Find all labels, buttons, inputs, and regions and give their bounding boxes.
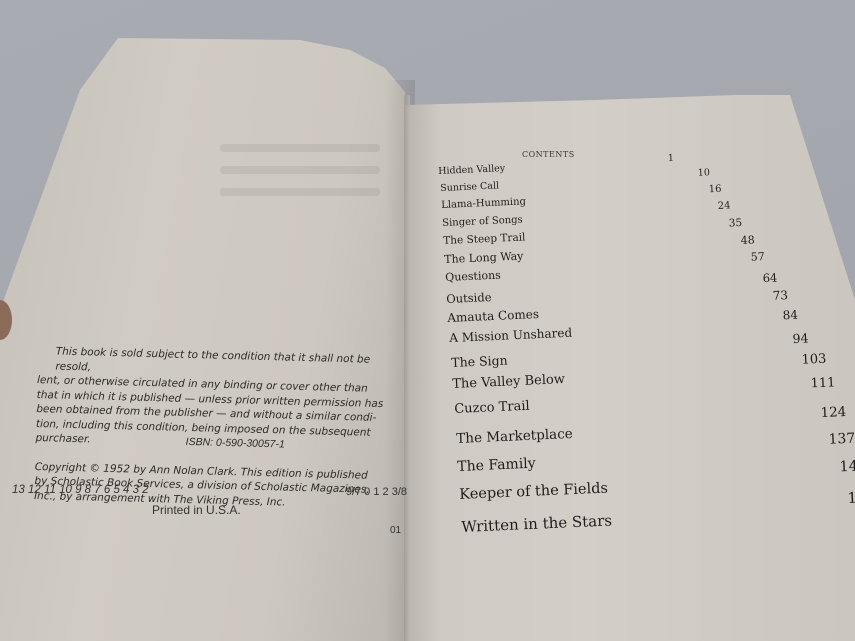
toc-page-number: 16: [709, 184, 722, 196]
toc-page-number: 57: [750, 250, 765, 264]
toc-page-number: 94: [792, 330, 809, 346]
book-photo: This book is sold subject to the conditi…: [0, 0, 855, 641]
page-code: 01: [390, 525, 401, 536]
print-code: 9/7 0 1 2 3/8: [346, 486, 407, 498]
printed-in: Printed in U.S.A.: [152, 503, 241, 517]
toc-page-number: 10: [698, 167, 711, 179]
toc-title: Questions: [445, 269, 501, 284]
toc-page-number: 73: [772, 288, 788, 303]
toc-page-number: 124: [820, 404, 846, 421]
toc-page-number: 24: [718, 200, 731, 212]
toc-title: The Sign: [451, 353, 508, 370]
isbn: ISBN: 0-590-30057-1: [185, 436, 285, 451]
toc-page-number: 149: [839, 458, 855, 475]
toc-page-number: 1: [668, 153, 675, 164]
toc-page-number: 48: [740, 233, 755, 247]
toc-page-number: 84: [782, 308, 798, 323]
toc-page-number: 160: [847, 488, 855, 507]
toc-page-number: 103: [801, 352, 826, 368]
left-page: [0, 0, 420, 641]
notice-line-end: purchaser.: [35, 432, 90, 445]
toc-page-number: 64: [762, 271, 777, 286]
show-through-text: [200, 130, 400, 220]
print-run-line: 13 12 11 10 9 8 7 6 5 4 3 2 9/7 0 1 2 3/…: [12, 484, 407, 496]
print-run: 13 12 11 10 9 8 7 6 5 4 3 2: [12, 484, 149, 496]
toc-page-number: 111: [810, 375, 835, 391]
toc-title: The Family: [457, 456, 536, 475]
toc-page-number: 137: [828, 431, 855, 448]
toc-title: Outside: [446, 290, 492, 306]
toc-page-number: 35: [729, 217, 743, 230]
contents-heading: CONTENTS: [522, 150, 575, 159]
